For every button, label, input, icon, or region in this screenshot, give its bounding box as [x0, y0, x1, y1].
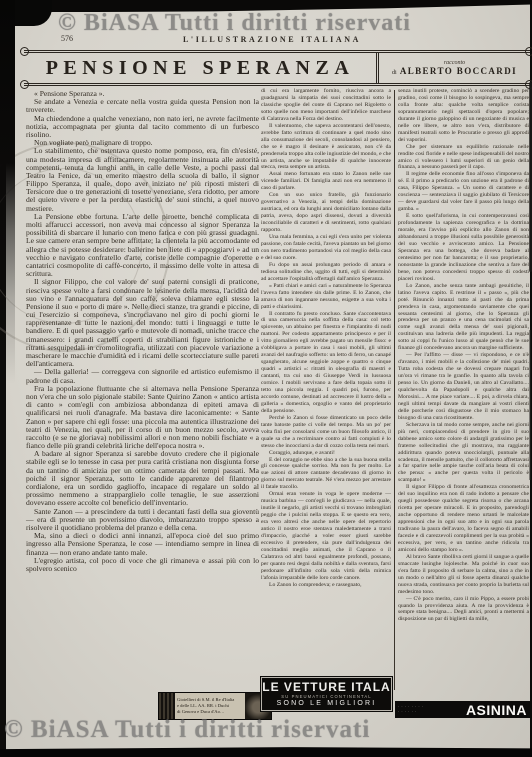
- asinina-small-line: · · · · · ·: [398, 710, 466, 714]
- banner-scroll-ornament: [20, 47, 29, 56]
- asinina-small-print: · · · · · · · · · · · · · ·: [398, 705, 466, 714]
- paragraph: Sante Zanon — a prescindere da tutti i d…: [26, 508, 259, 533]
- paragraph: Il valentuomo, che sapeva accontentarsi …: [261, 123, 391, 172]
- scan-edge-right-lower: [529, 330, 531, 480]
- paragraph: — Della galleria! — correggeva con signo…: [26, 368, 259, 384]
- paragraph: Lo Zanon, anche senza tante ambagi gesui…: [398, 283, 529, 353]
- paragraph: Lo stabilimento, che ostentava questo no…: [26, 147, 259, 213]
- paragraph: Coraggio, adunque, e avanti!: [261, 450, 391, 457]
- paragraph: E del coraggio ne ebbe sino a che la sua…: [261, 457, 391, 492]
- banner-scroll-ornament: [525, 47, 532, 56]
- banner-scroll-ornament: [20, 80, 29, 89]
- paragraph: Che per sistemare un equilibrio razional…: [398, 144, 529, 172]
- paragraph: Lo Zanon lo comprendeva; e rassegnato,: [261, 582, 391, 589]
- paragraph: di cui era largamente fornito, riusciva …: [261, 88, 391, 123]
- byline-cell: racconto di ALBERTO BOCCARDI: [376, 53, 530, 83]
- asinina-brand: ASININA: [466, 702, 527, 718]
- paragraph: Il contratto fu presto concluso. Sante s…: [261, 311, 391, 415]
- paragraph: Al bravo Sante ribolliva certi giorni il…: [398, 554, 529, 596]
- paragraph: Ormai eran venute in voga le opere moder…: [261, 491, 391, 581]
- title-banner: PENSIONE SPERANZA racconto di ALBERTO BO…: [24, 50, 530, 86]
- paragraph: Ma, sino a dieci o dodici anni innanzi, …: [26, 532, 259, 557]
- title-cell: PENSIONE SPERANZA: [24, 53, 376, 83]
- paragraph: La Pensione ebbe fortuna. L'arte delle p…: [26, 213, 259, 279]
- watermark-bottom: © BiASA Tutti i diritti riservati: [4, 716, 370, 744]
- paragraph: Assai meno fortunato era stato lo Zanon …: [261, 171, 391, 192]
- paragraph: — C'è poco merito, caro il mio Pippo, a …: [398, 596, 529, 624]
- paragraph: Fra la popolazione fluttuante che si alt…: [26, 385, 259, 451]
- paragraph: Fu dopo un assai prolungato periodo di a…: [261, 262, 391, 283]
- itala-tagline: SONO LE MIGLIORI: [277, 700, 377, 708]
- paragraph: A badare al signor Speranza si sarebbe d…: [26, 450, 259, 507]
- byline-author: ALBERTO BOCCARDI: [400, 66, 517, 76]
- article-title: PENSIONE SPERANZA: [46, 57, 355, 80]
- paragraph: L'egregio artista, col poco di voce che …: [26, 557, 259, 573]
- paragraph: Una mala femmina, a cui egli s'era unito…: [261, 234, 391, 262]
- byline-prefix: di: [392, 70, 397, 76]
- paragraph: E sotto quell'aforisma, in cui contemper…: [398, 213, 529, 283]
- column-3: senza inutili proteste, cominciò a scend…: [398, 88, 529, 623]
- column-2: di cui era largamente fornito, riusciva …: [261, 88, 391, 589]
- scan-edge-left: [0, 0, 15, 480]
- byline: di ALBERTO BOCCARDI: [392, 66, 517, 76]
- paragraph: Se andate a Venezia e cercate nella vost…: [26, 98, 259, 114]
- column-1: « Pensione Speranza ».Se andate a Venezi…: [26, 90, 259, 573]
- paragraph: Ma chiedendone a qualche veneziano, non …: [26, 115, 259, 140]
- paragraph: « Patti chiari e amici cari » naturalmen…: [261, 283, 391, 311]
- paragraph: Il signor Filippo, che col valore de' su…: [26, 278, 259, 368]
- itala-headline: LE VETTURE ITALA: [262, 681, 390, 694]
- paragraph: senza inutili proteste, cominciò a scend…: [398, 88, 529, 144]
- jeweler-line: di Genova e Duca d'Ao…: [177, 709, 243, 715]
- paragraph: Il signor Filippo di fronte all'esattezz…: [398, 484, 529, 554]
- paragraph: Scherzava in tal modo come sempre, anche…: [398, 422, 529, 485]
- genre-note: racconto: [444, 61, 465, 66]
- paragraph: Il regime delle economie fino all'osso s…: [398, 171, 529, 213]
- watermark-top: © BiASA Tutti i diritti riservati: [58, 10, 411, 37]
- column-divider: [394, 90, 395, 690]
- paragraph: Perchè lo Zanon si fosse dimenticato un …: [261, 415, 391, 450]
- scanned-page: 576 L'ILLUSTRAZIONE ITALIANA PENSIONE SP…: [6, 4, 530, 752]
- scan-stage: 576 L'ILLUSTRAZIONE ITALIANA PENSIONE SP…: [0, 0, 532, 757]
- paragraph: Con un suo unico fratello, già funzionar…: [261, 192, 391, 234]
- paragraph: — Per l'affitto — disse — vi rispondono,…: [398, 352, 529, 422]
- ad-itala: LE VETTURE ITALA SU PNEUMATICI CONTINENT…: [260, 676, 393, 712]
- ad-asinina: · · · · · · · · · · · · · · ASININA: [395, 701, 530, 718]
